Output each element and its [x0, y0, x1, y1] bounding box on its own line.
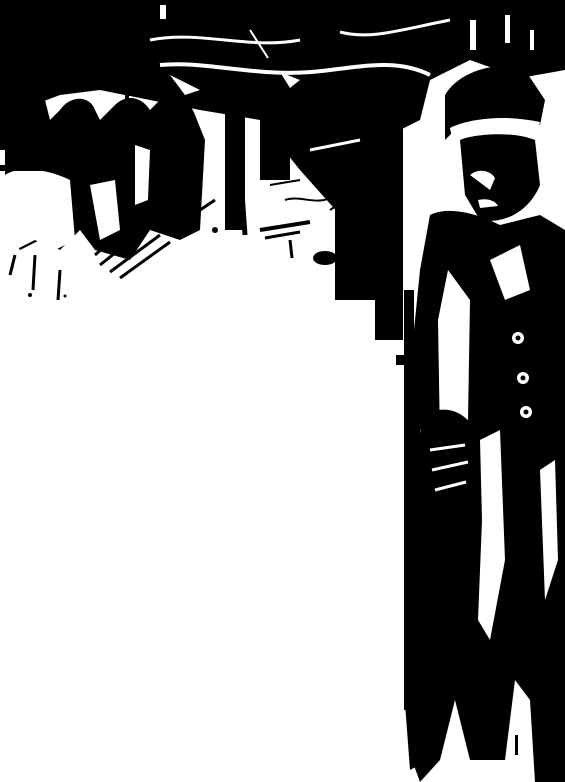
group-of-soldiers [0, 85, 205, 300]
officer-in-peaked-cap [405, 66, 565, 782]
ink-illustration: Black-and-white ink illustration of a sn… [0, 0, 565, 782]
illustration-canvas [0, 0, 565, 782]
